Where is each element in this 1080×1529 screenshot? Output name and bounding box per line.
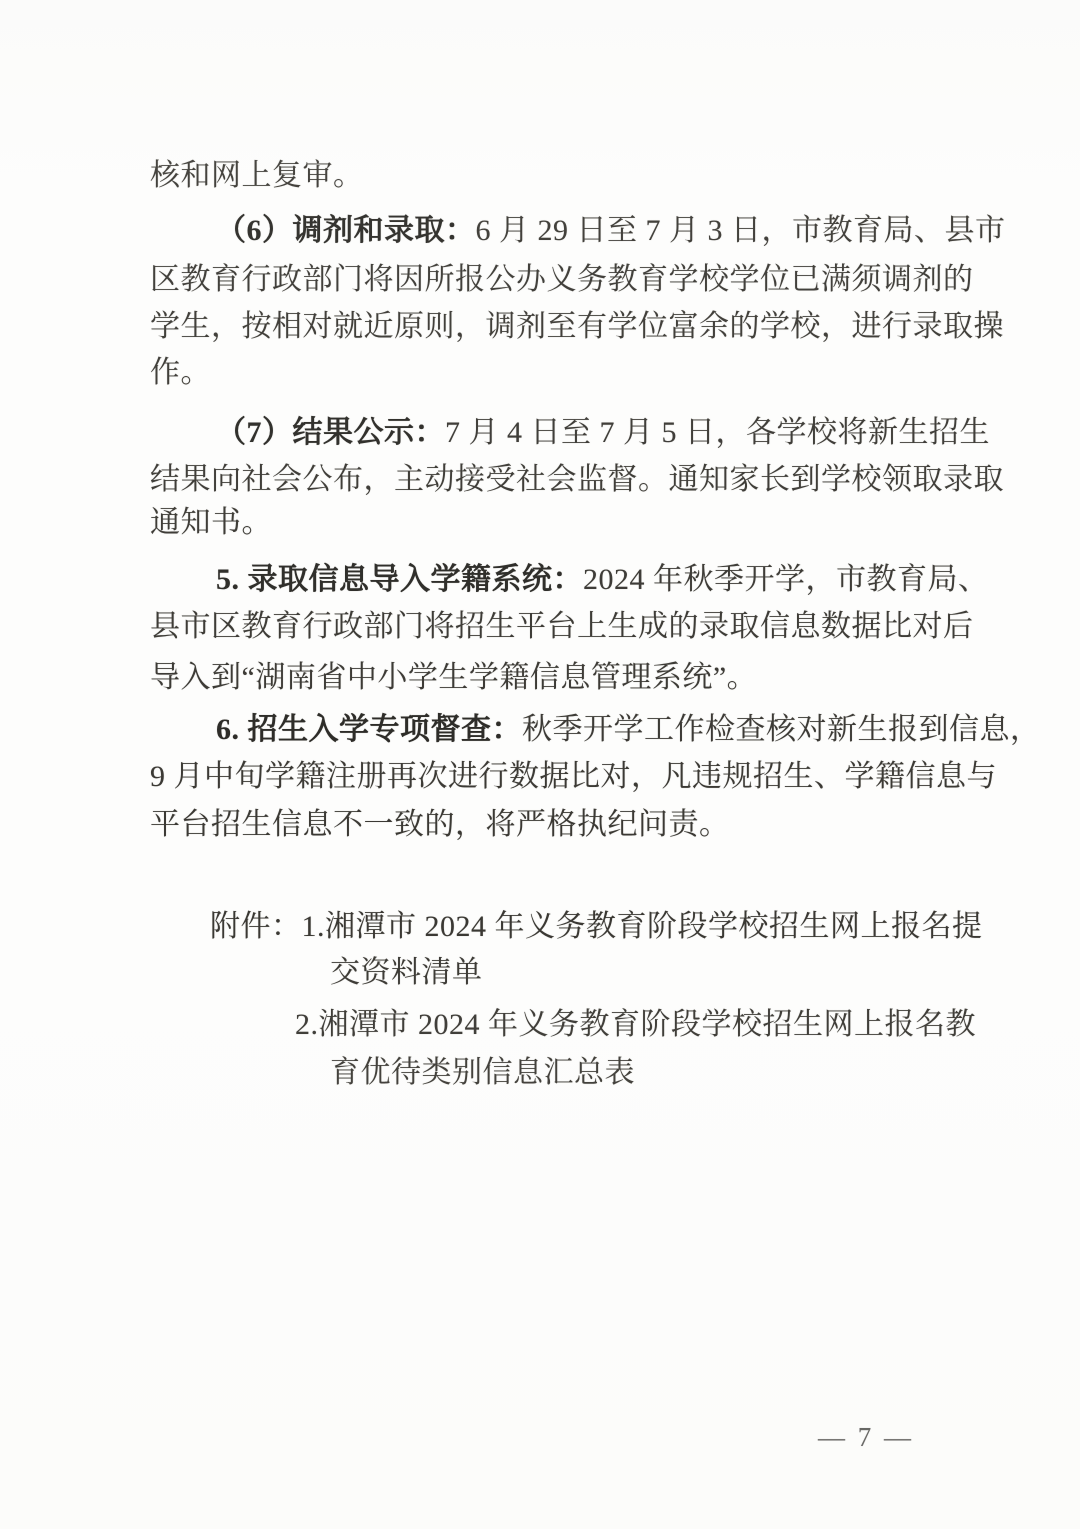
- text-segment: 6 月 29 日至 7 月 3 日，市教育局、县市: [476, 214, 1006, 247]
- text-segment: 附件：1.湘潭市 2024 年义务教育阶段学校招生网上报名提: [210, 910, 983, 943]
- text-segment: 交资料清单: [330, 956, 483, 989]
- text-segment: 结果向社会公布，主动接受社会监督。通知家长到学校领取录取: [150, 463, 1004, 496]
- text-line: 区教育行政部门将因所报公办义务教育学校学位已满须调剂的: [150, 260, 974, 300]
- text-line: 6. 招生入学专项督查：秋季开学工作检查核对新生报到信息，: [216, 710, 1041, 750]
- text-line: 学生，按相对就近原则，调剂至有学位富余的学校，进行录取操: [150, 307, 1004, 347]
- text-segment: 学生，按相对就近原则，调剂至有学位富余的学校，进行录取操: [150, 310, 1004, 343]
- text-line: 交资料清单: [330, 953, 483, 993]
- text-line: 平台招生信息不一致的，将严格执纪问责。: [150, 805, 730, 845]
- text-line: 结果向社会公布，主动接受社会监督。通知家长到学校领取录取: [150, 460, 1004, 500]
- text-line: 9 月中旬学籍注册再次进行数据比对，凡违规招生、学籍信息与: [150, 757, 997, 797]
- heading-segment: 6. 招生入学专项督查：: [216, 713, 522, 746]
- text-segment: 2.湘潭市 2024 年义务教育阶段学校招生网上报名教: [295, 1008, 976, 1041]
- text-segment: 作。: [150, 356, 211, 389]
- text-segment: 导入到“湖南省中小学生学籍信息管理系统”。: [150, 661, 757, 694]
- heading-segment: （6）调剂和录取：: [216, 214, 476, 247]
- document-page: 核和网上复审。（6）调剂和录取：6 月 29 日至 7 月 3 日，市教育局、县…: [0, 0, 1080, 1529]
- text-segment: 7 月 4 日至 7 月 5 日，各学校将新生招生: [445, 416, 990, 449]
- text-segment: 秋季开学工作检查核对新生报到信息，: [522, 713, 1041, 746]
- text-segment: 平台招生信息不一致的，将严格执纪问责。: [150, 808, 730, 841]
- text-line: 2.湘潭市 2024 年义务教育阶段学校招生网上报名教: [295, 1005, 976, 1045]
- text-line: 导入到“湖南省中小学生学籍信息管理系统”。: [150, 658, 757, 698]
- text-line: 县市区教育行政部门将招生平台上生成的录取信息数据比对后: [150, 607, 974, 647]
- text-line: 育优待类别信息汇总表: [330, 1053, 635, 1093]
- text-segment: 2024 年秋季开学，市教育局、: [583, 563, 989, 596]
- text-segment: 核和网上复审。: [150, 159, 364, 192]
- text-line: 作。: [150, 353, 211, 393]
- text-segment: 区教育行政部门将因所报公办义务教育学校学位已满须调剂的: [150, 263, 974, 296]
- page-number: — 7 —: [818, 1421, 914, 1453]
- text-line: 5. 录取信息导入学籍系统：2024 年秋季开学，市教育局、: [216, 560, 989, 600]
- text-segment: 育优待类别信息汇总表: [330, 1056, 635, 1089]
- text-line: 通知书。: [150, 503, 272, 543]
- text-line: 核和网上复审。: [150, 156, 364, 196]
- text-segment: 通知书。: [150, 506, 272, 539]
- text-line: （7）结果公示：7 月 4 日至 7 月 5 日，各学校将新生招生: [216, 413, 990, 453]
- text-line: 附件：1.湘潭市 2024 年义务教育阶段学校招生网上报名提: [210, 907, 983, 947]
- text-segment: 县市区教育行政部门将招生平台上生成的录取信息数据比对后: [150, 610, 974, 643]
- text-segment: 9 月中旬学籍注册再次进行数据比对，凡违规招生、学籍信息与: [150, 760, 997, 793]
- text-line: （6）调剂和录取：6 月 29 日至 7 月 3 日，市教育局、县市: [216, 211, 1006, 251]
- heading-segment: （7）结果公示：: [216, 416, 445, 449]
- heading-segment: 5. 录取信息导入学籍系统：: [216, 563, 583, 596]
